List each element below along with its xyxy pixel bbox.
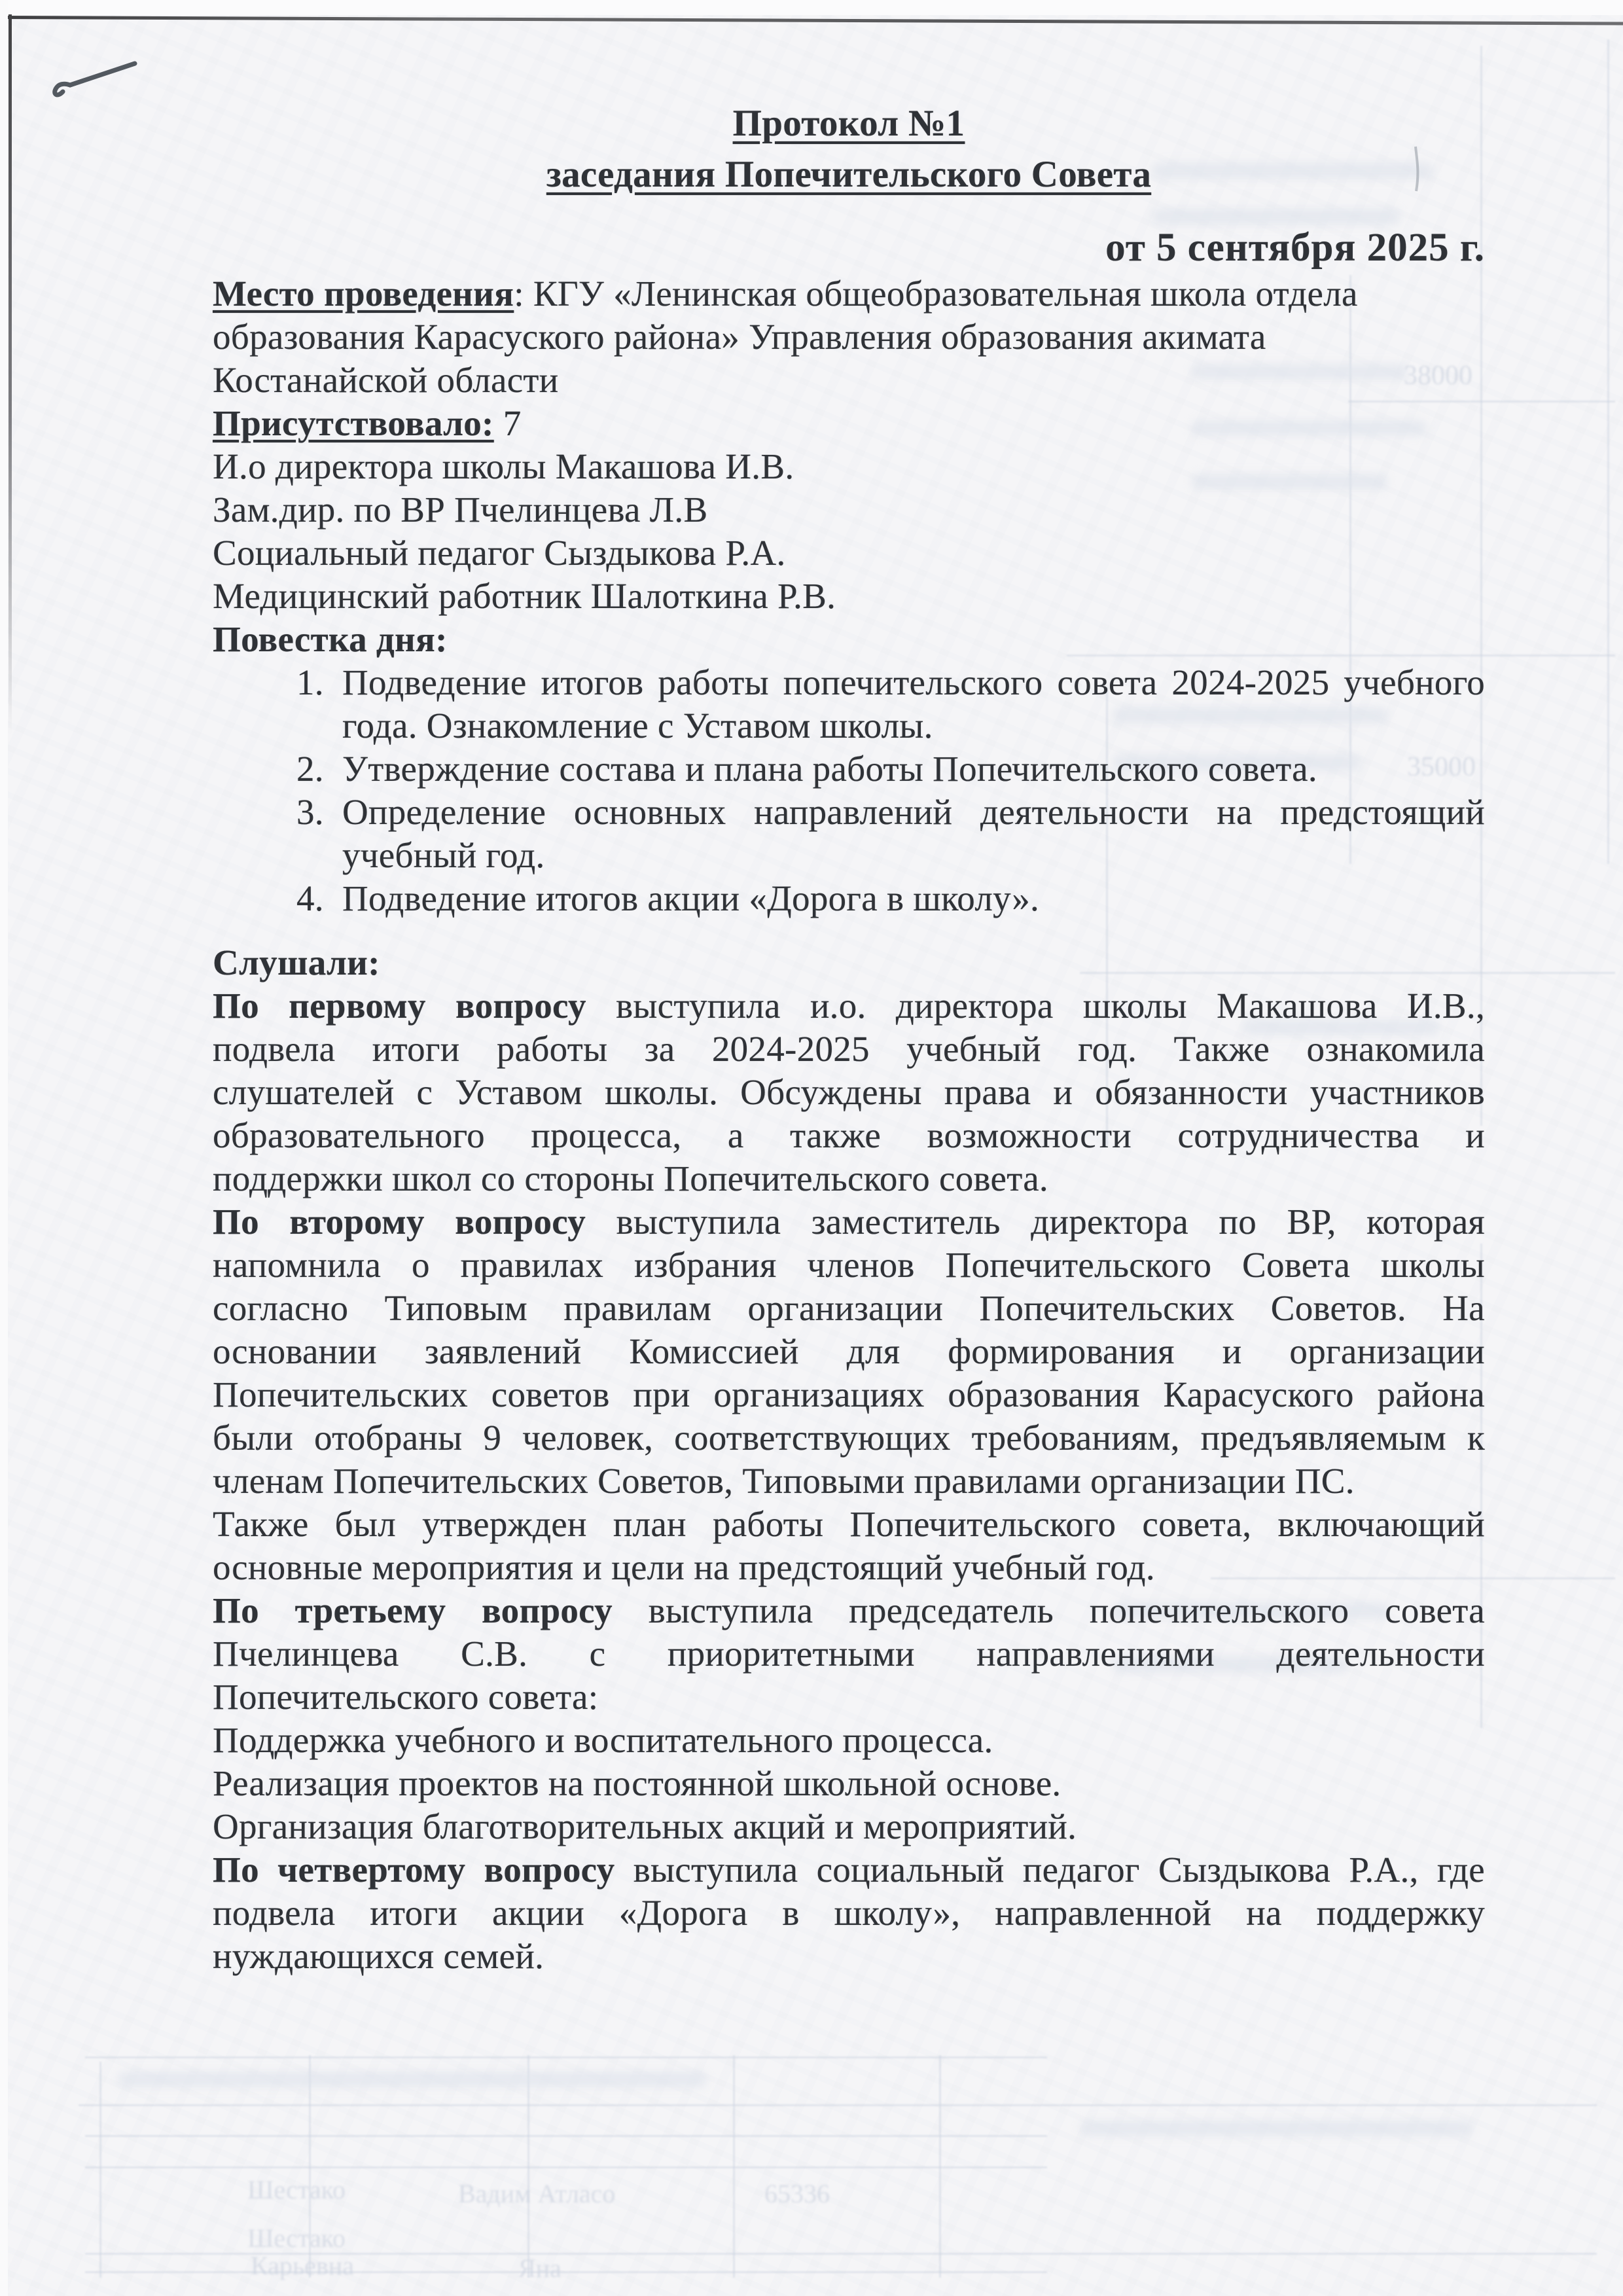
- agenda-item-line: Утверждение состава и плана работы Попеч…: [342, 747, 1485, 791]
- text-run: Попечительских советов при организациях …: [213, 1374, 1485, 1414]
- bleedthrough-table-line: [85, 2056, 1047, 2058]
- agenda-item-line: учебный год.: [342, 834, 1485, 877]
- bold-run: По третьему вопросу: [213, 1590, 613, 1630]
- text-run: Поддержка учебного и воспитательного про…: [213, 1720, 993, 1760]
- bold-run: По первому вопросу: [213, 986, 586, 1026]
- bold-run: Слушали:: [213, 942, 380, 982]
- document-date: от 5 сентября 2025 г.: [213, 224, 1485, 272]
- bleedthrough-text: Яна: [518, 2253, 562, 2284]
- text-line: образовательного процесса, а также возмо…: [213, 1114, 1485, 1157]
- text-run: были отобраны 9 человек, соответствующих…: [213, 1418, 1485, 1458]
- text-line: Медицинский работник Шалоткина Р.В.: [213, 575, 1485, 618]
- text-line: образования Карасуского района» Управлен…: [213, 315, 1485, 359]
- text-line: поддержки школ со стороны Попечительског…: [213, 1157, 1485, 1200]
- bold-run: По второму вопросу: [213, 1202, 586, 1242]
- agenda-item-line: Подведение итогов акции «Дорога в школу»…: [342, 877, 1485, 920]
- text-line: Организация благотворительных акций и ме…: [213, 1805, 1485, 1848]
- text-line: Присутствовало: 7: [213, 402, 1485, 445]
- text-run: согласно Типовым правилам организации По…: [213, 1288, 1485, 1328]
- bleedthrough-table-line: [527, 2055, 529, 2278]
- text-run: Реализация проектов на постоянной школьн…: [213, 1763, 1061, 1803]
- bleedthrough-table-line: [85, 2166, 1047, 2168]
- bleedthrough-table-line: [85, 2135, 1047, 2137]
- text-run: Попечительского совета:: [213, 1677, 598, 1717]
- text-run: выступила заместитель директора по ВР, к…: [586, 1202, 1485, 1242]
- bleedthrough-table-line: [85, 2253, 1597, 2255]
- text-run: года. Ознакомление с Уставом школы.: [342, 706, 933, 745]
- text-line: основании заявлений Комиссией для формир…: [213, 1330, 1485, 1373]
- text-run: Определение основных направлений деятель…: [342, 792, 1485, 832]
- text-run: Зам.дир. по ВР Пчелинцева Л.В: [213, 490, 707, 529]
- text-line: основные мероприятия и цели на предстоящ…: [213, 1546, 1485, 1589]
- agenda-item: 3.Определение основных направлений деяте…: [213, 791, 1485, 877]
- bleedthrough-table-line: [939, 2055, 941, 2278]
- text-run: Организация благотворительных акций и ме…: [213, 1806, 1077, 1846]
- text-run: основные мероприятия и цели на предстоящ…: [213, 1547, 1155, 1587]
- text-run: Пчелинцева С.В. с приоритетными направле…: [213, 1634, 1485, 1674]
- text-line: Пчелинцева С.В. с приоритетными направле…: [213, 1632, 1485, 1676]
- scan-edge-top-line: [0, 16, 1623, 26]
- document-content: Протокол №1заседания Попечительского Сов…: [213, 98, 1485, 1978]
- text-run: Социальный педагог Сыздыкова Р.А.: [213, 533, 786, 573]
- text-run: основании заявлений Комиссией для формир…: [213, 1331, 1485, 1371]
- text-line: Попечительских советов при организациях …: [213, 1373, 1485, 1416]
- text-run: Медицинский работник Шалоткина Р.В.: [213, 576, 836, 616]
- agenda-item-number: 3.: [296, 791, 324, 834]
- bleedthrough-table-line: [309, 2055, 311, 2278]
- scan-edge-top-gap: [0, 0, 1623, 15]
- bleedthrough-table-line: [1607, 39, 1609, 864]
- scan-edge-left-gap: [0, 0, 8, 2296]
- text-run: 7: [494, 403, 522, 443]
- text-run: учебный год.: [342, 835, 545, 875]
- text-line: Поддержка учебного и воспитательного про…: [213, 1719, 1485, 1762]
- bleedthrough-text: Вадим Атласо: [458, 2178, 615, 2209]
- text-line: И.о директора школы Макашова И.В.: [213, 445, 1485, 488]
- text-run: выступила и.о. директора школы Макашова …: [586, 986, 1485, 1026]
- text-run: выступила председатель попечительского с…: [613, 1590, 1485, 1630]
- text-line: Слушали:: [213, 941, 1485, 984]
- text-line: По первому вопросу выступила и.о. директ…: [213, 984, 1485, 1028]
- text-run: подвела итоги работы за 2024-2025 учебны…: [213, 1029, 1485, 1069]
- text-line: согласно Типовым правилам организации По…: [213, 1287, 1485, 1330]
- text-run: Костанайской области: [213, 360, 559, 400]
- bleedthrough-smudge: [1080, 2121, 1472, 2136]
- text-line: Реализация проектов на постоянной школьн…: [213, 1762, 1485, 1805]
- text-line: нуждающихся семей.: [213, 1935, 1485, 1978]
- text-run: напомнила о правилах избрания членов Поп…: [213, 1245, 1485, 1285]
- text-run: Также был утвержден план работы Попечите…: [213, 1504, 1485, 1544]
- bleedthrough-table-line: [79, 2104, 1597, 2106]
- bold-run: По четвертому вопросу: [213, 1850, 615, 1890]
- bleedthrough-table-line: [733, 2055, 735, 2278]
- text-line: Костанайской области: [213, 359, 1485, 402]
- text-run: Подведение итогов акции «Дорога в школу»…: [342, 878, 1039, 918]
- bleedthrough-smudge: [118, 2072, 707, 2087]
- text-line: Повестка дня:: [213, 618, 1485, 661]
- text-run: слушателей с Уставом школы. Обсуждены пр…: [213, 1072, 1485, 1112]
- agenda-item: 4.Подведение итогов акции «Дорога в школ…: [213, 877, 1485, 920]
- text-run: Подведение итогов работы попечительского…: [342, 662, 1485, 702]
- bleedthrough-text: Шестако: [247, 2223, 346, 2253]
- text-run: выступила социальный педагог Сыздыкова Р…: [615, 1850, 1485, 1890]
- document-title-line: заседания Попечительского Совета: [213, 149, 1485, 200]
- text-line: напомнила о правилах избрания членов Поп…: [213, 1244, 1485, 1287]
- bleedthrough-table-line: [99, 2062, 101, 2278]
- bleedthrough-text: Карьевна: [251, 2250, 354, 2281]
- agenda-item-number: 4.: [296, 877, 324, 920]
- agenda-item: 1.Подведение итогов работы попечительско…: [213, 661, 1485, 747]
- text-run: членам Попечительских Советов, Типовыми …: [213, 1461, 1355, 1501]
- bleedthrough-table-line: [85, 2271, 1047, 2273]
- agenda-item-number: 2.: [296, 747, 324, 791]
- agenda-item: 2.Утверждение состава и плана работы Поп…: [213, 747, 1485, 791]
- scanned-page: 3800035000ШестакоВадим Атласо65336Шестак…: [0, 0, 1623, 2296]
- text-line: Социальный педагог Сыздыкова Р.А.: [213, 531, 1485, 575]
- text-line: членам Попечительских Советов, Типовыми …: [213, 1460, 1485, 1503]
- text-line: Зам.дир. по ВР Пчелинцева Л.В: [213, 488, 1485, 531]
- text-run: Утверждение состава и плана работы Попеч…: [342, 749, 1317, 789]
- text-run: подвела итоги акции «Дорога в школу», на…: [213, 1893, 1485, 1933]
- text-run: нуждающихся семей.: [213, 1936, 544, 1976]
- text-run: И.о директора школы Макашова И.В.: [213, 446, 794, 486]
- text-run: образовательного процесса, а также возмо…: [213, 1115, 1485, 1155]
- text-line: По второму вопросу выступила заместитель…: [213, 1200, 1485, 1244]
- text-line: По четвертому вопросу выступила социальн…: [213, 1848, 1485, 1892]
- text-line: Место проведения: КГУ «Ленинская общеобр…: [213, 272, 1485, 315]
- document-title-line: Протокол №1: [213, 98, 1485, 149]
- bold-run: Место проведения: [213, 274, 514, 314]
- agenda-item-number: 1.: [296, 661, 324, 704]
- text-line: подвела итоги работы за 2024-2025 учебны…: [213, 1028, 1485, 1071]
- text-line: Также был утвержден план работы Попечите…: [213, 1503, 1485, 1546]
- bold-run: Присутствовало:: [213, 403, 494, 443]
- text-line: подвела итоги акции «Дорога в школу», на…: [213, 1892, 1485, 1935]
- text-run: поддержки школ со стороны Попечительског…: [213, 1158, 1048, 1198]
- text-line: были отобраны 9 человек, соответствующих…: [213, 1416, 1485, 1460]
- bleedthrough-text: 65336: [764, 2178, 830, 2209]
- bold-run: Повестка дня:: [213, 619, 448, 659]
- text-line: Попечительского совета:: [213, 1676, 1485, 1719]
- agenda-item-line: Определение основных направлений деятель…: [342, 791, 1485, 834]
- bleedthrough-text: Шестако: [247, 2174, 346, 2205]
- text-run: : КГУ «Ленинская общеобразовательная шко…: [514, 274, 1357, 314]
- agenda-item-line: года. Ознакомление с Уставом школы.: [342, 704, 1485, 747]
- text-line: слушателей с Уставом школы. Обсуждены пр…: [213, 1071, 1485, 1114]
- text-line: По третьему вопросу выступила председате…: [213, 1589, 1485, 1632]
- text-run: образования Карасуского района» Управлен…: [213, 317, 1266, 357]
- agenda-item-line: Подведение итогов работы попечительского…: [342, 661, 1485, 704]
- scan-edge-left-line: [9, 14, 12, 734]
- pen-stroke-mark-icon: [52, 56, 144, 103]
